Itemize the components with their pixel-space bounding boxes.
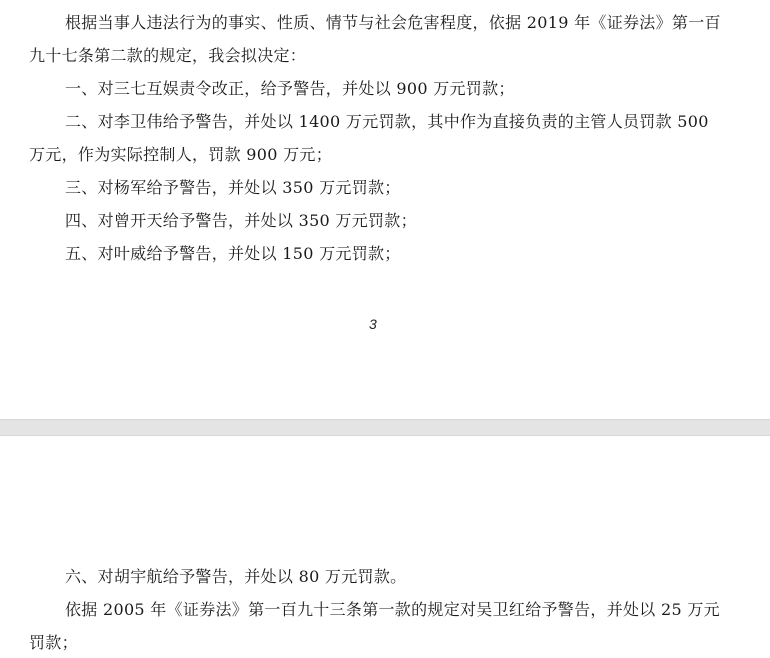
paragraph-item-4: 四、对曾开天给予警告，并处以 350 万元罚款； (29, 204, 729, 237)
paragraph-item-1: 一、对三七互娱责令改正，给予警告，并处以 900 万元罚款； (29, 72, 729, 105)
document-page-3: 根据当事人违法行为的事实、性质、情节与社会危害程度，依据 2019 年《证券法》… (0, 0, 770, 419)
paragraph-item-6: 六、对胡宇航给予警告，并处以 80 万元罚款。 (29, 560, 729, 593)
paragraph-item-2: 二、对李卫伟给予警告，并处以 1400 万元罚款，其中作为直接负责的主管人员罚款… (29, 105, 729, 171)
page-separator (0, 419, 770, 436)
paragraph-decision-basis: 根据当事人违法行为的事实、性质、情节与社会危害程度，依据 2019 年《证券法》… (29, 6, 729, 72)
page-number: 3 (369, 316, 377, 332)
paragraph-wu-weihong: 依据 2005 年《证券法》第一百九十三条第一款的规定对吴卫红给予警告，并处以 … (29, 593, 729, 658)
paragraph-item-5: 五、对叶威给予警告，并处以 150 万元罚款； (29, 237, 729, 270)
paragraph-item-3: 三、对杨军给予警告，并处以 350 万元罚款； (29, 171, 729, 204)
document-page-4: 六、对胡宇航给予警告，并处以 80 万元罚款。 依据 2005 年《证券法》第一… (0, 436, 770, 658)
